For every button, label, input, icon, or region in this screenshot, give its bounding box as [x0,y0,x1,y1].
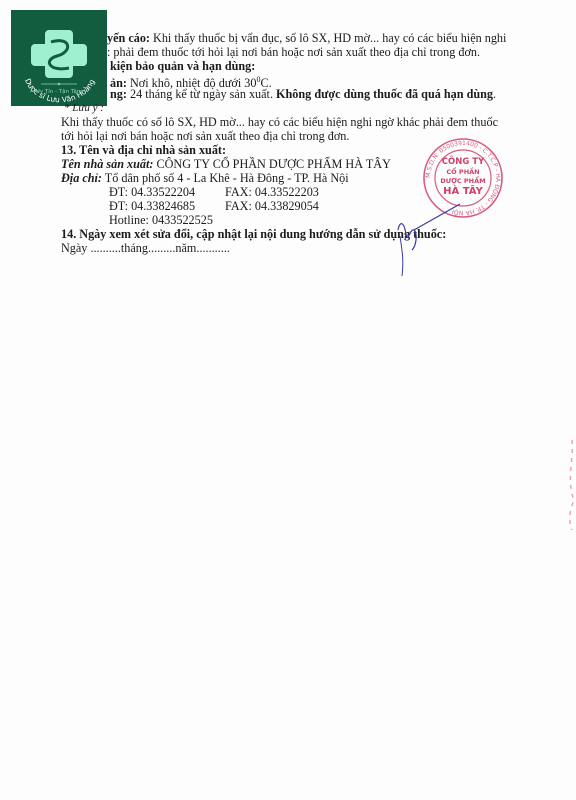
document-page: Dược sĩ Lưu Văn Hoàng Uy Tín - Tận Tâm y… [0,0,576,800]
address-line: Địa chỉ: Tổ dân phố số 4 - La Khê - Hà Đ… [61,171,349,185]
stamp-line-3: DƯỢC PHẨM [422,177,504,185]
stamp-line-2: CỔ PHẦN [422,168,504,176]
manufacturer-name-line: Tên nhà sản xuất: CÔNG TY CỔ PHẦN DƯỢC P… [61,157,391,171]
review-heading: 14. Ngày xem xét sửa đổi, cập nhật lại n… [61,227,446,241]
logo-tagline: Uy Tín - Tận Tâm [11,89,107,95]
note-line-2: tới hỏi lại nơi bán hoặc nơi sản xuất th… [61,129,349,143]
shelf-life-line: ng: 24 tháng kể từ ngày sản xuất. Không … [110,87,496,101]
warning-label: yến cáo: [107,31,150,45]
warning-line-2: : phải đem thuốc tới hỏi lại nơi bán hoặ… [107,45,480,59]
note-label: * Lưu ý : [64,101,104,115]
edge-stamp-mark-icon [560,440,576,530]
fax-line-2: FAX: 04.33829054 [225,199,319,213]
note-line-1: Khi thấy thuốc có số lô SX, HD mờ... hay… [61,115,498,129]
hotline: Hotline: 0433522525 [109,213,213,227]
phone-line-1: ĐT: 04.33522204 [109,185,195,199]
stamp-line-4: HÀ TÂY [422,186,504,197]
fax-line-1: FAX: 04.33522203 [225,185,319,199]
storage-heading: kiện bảo quản và hạn dùng: [110,59,255,73]
manufacturer-heading: 13. Tên và địa chỉ nhà sản xuất: [61,143,226,157]
signature-icon [390,200,480,280]
review-date: Ngày ..........tháng.........năm........… [61,241,230,255]
pharmacist-logo: Dược sĩ Lưu Văn Hoàng Uy Tín - Tận Tâm [11,10,107,106]
warning-line-1: yến cáo: Khi thấy thuốc bị vẩn đục, số l… [107,31,506,45]
warning-text: Khi thấy thuốc bị vẩn đục, số lô SX, HD … [150,31,506,45]
phone-line-2: ĐT: 04.33824685 [109,199,195,213]
stamp-line-1: CÔNG TY [422,157,504,167]
